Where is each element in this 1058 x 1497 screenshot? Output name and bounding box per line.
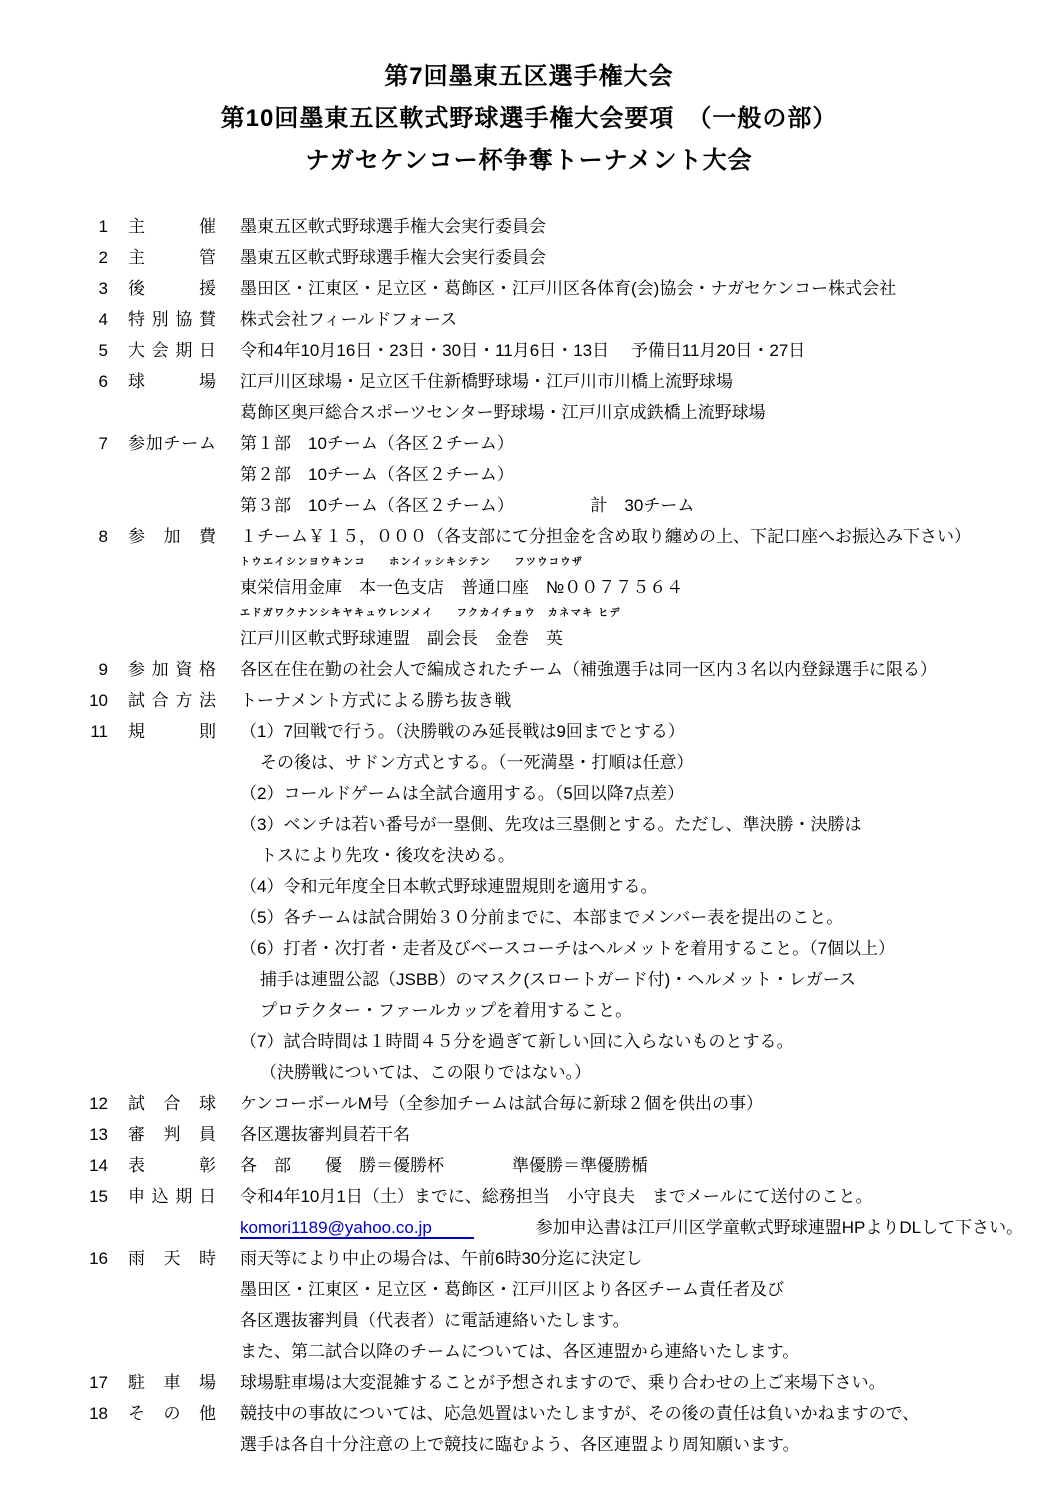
row-account-holder: 江戸川区軟式野球連盟 副会長 金巻 英 bbox=[0, 628, 1058, 659]
item-number: 7 bbox=[0, 433, 108, 455]
item-text: 各区選抜審判員若干名 bbox=[240, 1124, 410, 1146]
row-item-12-game-ball: 12 試合球 ケンコーボールM号（全参加チームは試合毎に新球２個を供出の事） bbox=[0, 1093, 1058, 1124]
title-line-2: 第10回墨東五区軟式野球選手権大会要項 （一般の部） bbox=[0, 98, 1058, 140]
item-number: 9 bbox=[0, 659, 108, 681]
item-text: （1）7回戦で行う。（決勝戦のみ延長戦は9回までとする） bbox=[240, 721, 685, 743]
row-item-16-line-4: また、第二試合以降のチームについては、各区連盟から連絡いたします。 bbox=[0, 1341, 1058, 1372]
item-text: 各区在住在勤の社会人で編成されたチーム（補強選手は同一区内３名以内登録選手に限る… bbox=[240, 659, 937, 681]
item-text: 選手は各自十分注意の上で競技に臨むよう、各区連盟より周知願います。 bbox=[240, 1434, 800, 1456]
row-item-4-special-sponsor: 4 特別協賛 株式会社フィールドフォース bbox=[0, 309, 1058, 340]
title-line-1: 第7回墨東五区選手権大会 bbox=[0, 56, 1058, 98]
row-furigana-bank: トウエイシンヨウキンコ ホンイッシキシテン フツウコウザ bbox=[0, 557, 1058, 577]
row-item-13-umpires: 13 審判員 各区選抜審判員若干名 bbox=[0, 1124, 1058, 1155]
item-text: 葛飾区奥戸総合スポーツセンター野球場・江戸川京成鉄橋上流野球場 bbox=[240, 402, 766, 424]
item-number: 18 bbox=[0, 1403, 108, 1425]
item-label: 参加資格 bbox=[128, 659, 216, 681]
item-label: 後援 bbox=[128, 278, 216, 300]
item-text: （5）各チームは試合開始３０分前までに、本部までメンバー表を提出のこと。 bbox=[240, 907, 843, 929]
row-item-8-entry-fee: 8 参加費 １チーム￥１５，０００（各支部にて分担金を含め取り纏めの上、下記口座… bbox=[0, 526, 1058, 557]
item-text: （4）令和元年度全日本軟式野球連盟規則を適用する。 bbox=[240, 876, 657, 898]
row-item-6-venues-line-2: 葛飾区奥戸総合スポーツセンター野球場・江戸川京成鉄橋上流野球場 bbox=[0, 402, 1058, 433]
row-item-5-dates: 5 大会期日 令和4年10月16日・23日・30日・11月6日・13日 予備日1… bbox=[0, 340, 1058, 371]
row-rules-6-cont-2: プロテクター・ファールカップを着用すること。 bbox=[0, 1000, 1058, 1031]
email-after-text: 参加申込書は江戸川区学童軟式野球連盟HPよりDLして下さい。 bbox=[536, 1218, 1023, 1237]
item-text: 第２部 10チーム（各区２チーム） bbox=[240, 464, 514, 486]
row-item-16-line-2: 墨田区・江東区・足立区・葛飾区・江戸川区より各区チーム責任者及び bbox=[0, 1279, 1058, 1310]
item-number: 10 bbox=[0, 690, 108, 712]
row-item-7-teams-line-2: 第２部 10チーム（各区２チーム） bbox=[0, 464, 1058, 495]
row-item-16-rain-policy: 16 雨天時 雨天等により中止の場合は、午前6時30分迄に決定し bbox=[0, 1248, 1058, 1279]
row-item-2-management: 2 主管 墨東五区軟式野球選手権大会実行委員会 bbox=[0, 247, 1058, 278]
item-number: 11 bbox=[0, 721, 108, 743]
item-label: 参加費 bbox=[128, 526, 216, 548]
item-number: 1 bbox=[0, 216, 108, 238]
item-text: 江戸川区球場・足立区千住新橋野球場・江戸川市川橋上流野球場 bbox=[240, 371, 733, 393]
row-item-7-teams-line-3: 第３部 10チーム（各区２チーム） 計 30チーム bbox=[0, 495, 1058, 526]
item-text: 墨田区・江東区・足立区・葛飾区・江戸川区より各区チーム責任者及び bbox=[240, 1279, 784, 1301]
item-label: 大会期日 bbox=[128, 340, 216, 362]
row-item-18-other: 18 その他 競技中の事故については、応急処置はいたしますが、その後の責任は負い… bbox=[0, 1403, 1058, 1434]
item-number: 8 bbox=[0, 526, 108, 548]
item-label: 参加チーム bbox=[128, 433, 216, 455]
item-label: 雨天時 bbox=[128, 1248, 216, 1270]
item-label: 申込期日 bbox=[128, 1186, 216, 1208]
item-text: （2）コールドゲームは全試合適用する。（5回以降7点差） bbox=[240, 783, 684, 805]
item-number: 15 bbox=[0, 1186, 108, 1208]
item-text: 各 部 優 勝＝優勝杯 準優勝＝準優勝楯 bbox=[240, 1155, 648, 1177]
item-number: 16 bbox=[0, 1248, 108, 1270]
row-item-15-email: komori1189@yahoo.co.jp参加申込書は江戸川区学童軟式野球連盟… bbox=[0, 1217, 1058, 1248]
item-label: 審判員 bbox=[128, 1124, 216, 1146]
row-item-3-support: 3 後援 墨田区・江東区・足立区・葛飾区・江戸川区各体育(会)協会・ナガセケンコ… bbox=[0, 278, 1058, 309]
item-text: 墨東五区軟式野球選手権大会実行委員会 bbox=[240, 247, 546, 269]
item-label: 駐車場 bbox=[128, 1372, 216, 1394]
item-number: 5 bbox=[0, 340, 108, 362]
item-text: （7）試合時間は１時間４５分を過ぎて新しい回に入らないものとする。 bbox=[240, 1031, 793, 1053]
item-label: 特別協賛 bbox=[128, 309, 216, 331]
item-text: 令和4年10月16日・23日・30日・11月6日・13日 予備日11月20日・2… bbox=[240, 340, 805, 362]
item-text: （6）打者・次打者・走者及びベースコーチはヘルメットを着用すること。（7個以上） bbox=[240, 938, 895, 960]
row-item-15-application-deadline: 15 申込期日 令和4年10月1日（土）までに、総務担当 小守良夫 までメールに… bbox=[0, 1186, 1058, 1217]
item-text: 雨天等により中止の場合は、午前6時30分迄に決定し bbox=[240, 1248, 642, 1270]
item-number: 17 bbox=[0, 1372, 108, 1394]
item-text: 各区選抜審判員（代表者）に電話連絡いたします。 bbox=[240, 1310, 630, 1332]
row-item-7-teams: 7 参加チーム 第１部 10チーム（各区２チーム） bbox=[0, 433, 1058, 464]
item-label: 規則 bbox=[128, 721, 216, 743]
row-rules-5: （5）各チームは試合開始３０分前までに、本部までメンバー表を提出のこと。 bbox=[0, 907, 1058, 938]
row-rules-6: （6）打者・次打者・走者及びベースコーチはヘルメットを着用すること。（7個以上） bbox=[0, 938, 1058, 969]
item-text: 墨田区・江東区・足立区・葛飾区・江戸川区各体育(会)協会・ナガセケンコー株式会社 bbox=[240, 278, 896, 300]
email-link[interactable]: komori1189@yahoo.co.jp bbox=[240, 1218, 474, 1239]
item-text: トスにより先攻・後攻を決める。 bbox=[260, 845, 515, 867]
item-text: １チーム￥１５，０００（各支部にて分担金を含め取り纏めの上、下記口座へお振込み下… bbox=[240, 526, 971, 548]
row-rules-4: （4）令和元年度全日本軟式野球連盟規則を適用する。 bbox=[0, 876, 1058, 907]
item-label: 試合方法 bbox=[128, 690, 216, 712]
row-item-17-parking: 17 駐車場 球場駐車場は大変混雑することが予想されますので、乗り合わせの上ご来… bbox=[0, 1372, 1058, 1403]
item-text: 江戸川区軟式野球連盟 副会長 金巻 英 bbox=[240, 628, 563, 650]
item-number: 6 bbox=[0, 371, 108, 393]
item-text: 競技中の事故については、応急処置はいたしますが、その後の責任は負いかねますので、 bbox=[240, 1403, 919, 1425]
item-text: 令和4年10月1日（土）までに、総務担当 小守良夫 までメールにて送付のこと。 bbox=[240, 1186, 872, 1208]
item-number: 12 bbox=[0, 1093, 108, 1115]
item-label: 球場 bbox=[128, 371, 216, 393]
item-label: その他 bbox=[128, 1403, 216, 1425]
row-rules-3: （3）ベンチは若い番号が一塁側、先攻は三塁側とする。ただし、準決勝・決勝は bbox=[0, 814, 1058, 845]
item-text: 墨東五区軟式野球選手権大会実行委員会 bbox=[240, 216, 546, 238]
row-rules-2: （2）コールドゲームは全試合適用する。（5回以降7点差） bbox=[0, 783, 1058, 814]
row-rules-3-cont: トスにより先攻・後攻を決める。 bbox=[0, 845, 1058, 876]
item-label: 試合球 bbox=[128, 1093, 216, 1115]
item-label: 主催 bbox=[128, 216, 216, 238]
item-number: 4 bbox=[0, 309, 108, 331]
row-item-6-venues: 6 球場 江戸川区球場・足立区千住新橋野球場・江戸川市川橋上流野球場 bbox=[0, 371, 1058, 402]
row-bank-account: 東栄信用金庫 本一色支店 普通口座 №００７７５６４ bbox=[0, 577, 1058, 608]
item-number: 2 bbox=[0, 247, 108, 269]
row-item-1-organizer: 1 主催 墨東五区軟式野球選手権大会実行委員会 bbox=[0, 216, 1058, 247]
item-text: プロテクター・ファールカップを着用すること。 bbox=[260, 1000, 632, 1022]
item-text: 東栄信用金庫 本一色支店 普通口座 №００７７５６４ bbox=[240, 577, 683, 599]
row-item-16-line-3: 各区選抜審判員（代表者）に電話連絡いたします。 bbox=[0, 1310, 1058, 1341]
document-body: 1 主催 墨東五区軟式野球選手権大会実行委員会 2 主管 墨東五区軟式野球選手権… bbox=[0, 216, 1058, 1465]
title-line-3: ナガセケンコー杯争奪トーナメント大会 bbox=[0, 140, 1058, 182]
row-item-9-eligibility: 9 参加資格 各区在住在勤の社会人で編成されたチーム（補強選手は同一区内３名以内… bbox=[0, 659, 1058, 690]
item-text: 捕手は連盟公認（JSBB）のマスク(スロートガード付)・ヘルメット・レガース bbox=[260, 969, 856, 991]
item-label: 主管 bbox=[128, 247, 216, 269]
item-text: また、第二試合以降のチームについては、各区連盟から連絡いたします。 bbox=[240, 1341, 799, 1363]
item-text: 株式会社フィールドフォース bbox=[240, 309, 457, 331]
item-text: 第３部 10チーム（各区２チーム） 計 30チーム bbox=[240, 495, 694, 517]
row-furigana-federation: エドガワクナンシキヤキュウレンメイ フクカイチョウ カネマキ ヒデ bbox=[0, 608, 1058, 628]
email-line: komori1189@yahoo.co.jp参加申込書は江戸川区学童軟式野球連盟… bbox=[240, 1217, 1023, 1239]
document-page: 第7回墨東五区選手権大会 第10回墨東五区軟式野球選手権大会要項 （一般の部） … bbox=[0, 0, 1058, 1497]
item-text: その後は、サドン方式とする。（一死満塁・打順は任意） bbox=[260, 752, 694, 774]
item-text: （3）ベンチは若い番号が一塁側、先攻は三塁側とする。ただし、準決勝・決勝は bbox=[240, 814, 861, 836]
item-number: 13 bbox=[0, 1124, 108, 1146]
row-rules-1-cont: その後は、サドン方式とする。（一死満塁・打順は任意） bbox=[0, 752, 1058, 783]
item-label: 表彰 bbox=[128, 1155, 216, 1177]
row-rules-6-cont-1: 捕手は連盟公認（JSBB）のマスク(スロートガード付)・ヘルメット・レガース bbox=[0, 969, 1058, 1000]
row-item-18-line-2: 選手は各自十分注意の上で競技に臨むよう、各区連盟より周知願います。 bbox=[0, 1434, 1058, 1465]
furigana-text: トウエイシンヨウキンコ ホンイッシキシテン フツウコウザ bbox=[240, 557, 583, 569]
item-number: 14 bbox=[0, 1155, 108, 1177]
row-item-10-format: 10 試合方法 トーナメント方式による勝ち抜き戦 bbox=[0, 690, 1058, 721]
document-title: 第7回墨東五区選手権大会 第10回墨東五区軟式野球選手権大会要項 （一般の部） … bbox=[0, 0, 1058, 182]
row-item-11-rules-1: 11 規則 （1）7回戦で行う。（決勝戦のみ延長戦は9回までとする） bbox=[0, 721, 1058, 752]
furigana-text: エドガワクナンシキヤキュウレンメイ フクカイチョウ カネマキ ヒデ bbox=[240, 608, 621, 620]
item-text: 第１部 10チーム（各区２チーム） bbox=[240, 433, 514, 455]
row-rules-7: （7）試合時間は１時間４５分を過ぎて新しい回に入らないものとする。 bbox=[0, 1031, 1058, 1062]
row-item-14-awards: 14 表彰 各 部 優 勝＝優勝杯 準優勝＝準優勝楯 bbox=[0, 1155, 1058, 1186]
item-text: （決勝戦については、この限りではない。） bbox=[260, 1062, 591, 1084]
row-rules-7-cont: （決勝戦については、この限りではない。） bbox=[0, 1062, 1058, 1093]
item-text: ケンコーボールM号（全参加チームは試合毎に新球２個を供出の事） bbox=[240, 1093, 763, 1115]
item-text: 球場駐車場は大変混雑することが予想されますので、乗り合わせの上ご来場下さい。 bbox=[240, 1372, 886, 1394]
item-number: 3 bbox=[0, 278, 108, 300]
item-text: トーナメント方式による勝ち抜き戦 bbox=[240, 690, 511, 712]
